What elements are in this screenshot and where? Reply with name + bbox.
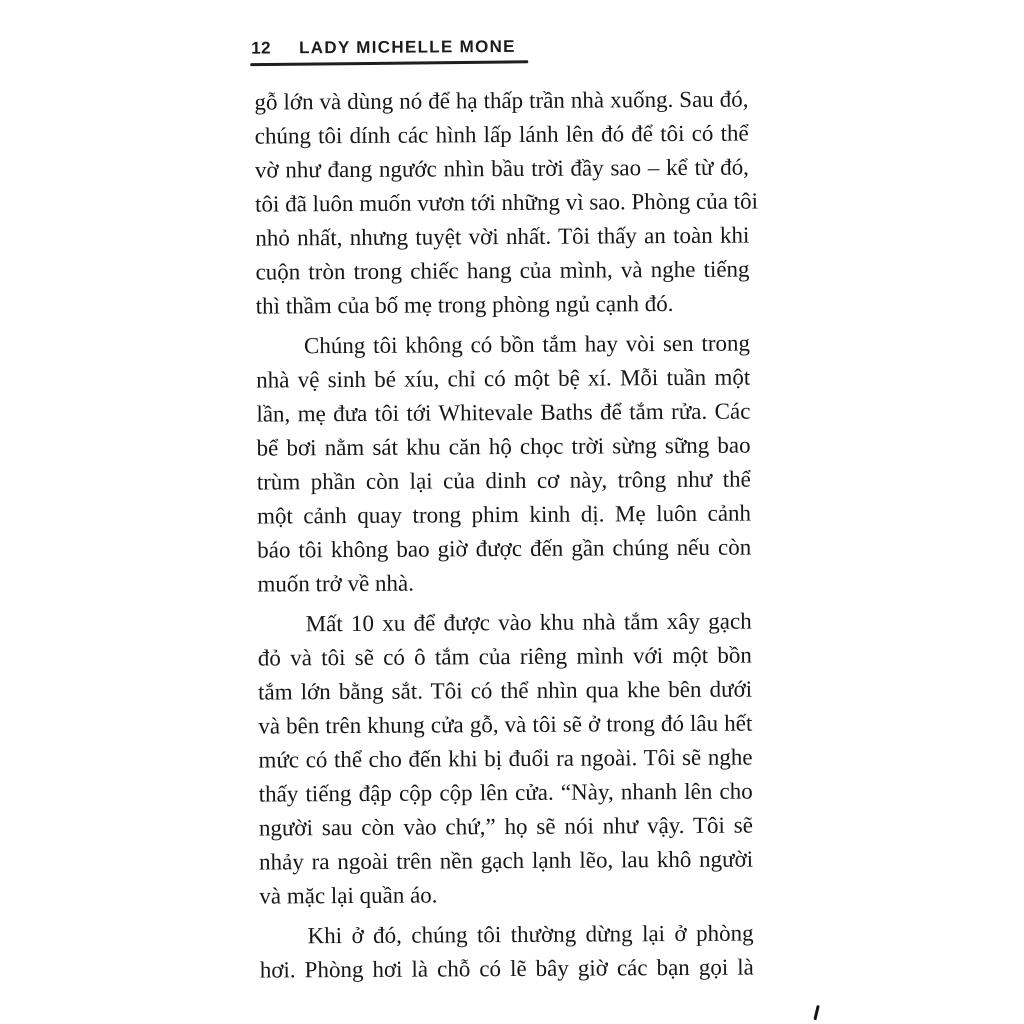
text-line: đỏ và tôi sẽ có ô tắm của riêng mình với…: [258, 639, 752, 676]
text-line: gỗ lớn và dùng nó để hạ thấp trần nhà xu…: [254, 83, 748, 120]
text-line: muốn trở về nhà.: [257, 565, 751, 602]
text-line: cuộn tròn trong chiếc hang của mình, và …: [255, 253, 749, 290]
page-header: 12 LADY MICHELLE MONE: [251, 37, 516, 59]
text-line: lần, mẹ đưa tôi tới Whitevale Baths để t…: [256, 395, 750, 432]
header-rule: [250, 60, 528, 66]
text-line: tôi đã luôn muốn vươn tới những vì sao. …: [255, 185, 749, 222]
text-line: Mất 10 xu để được vào khu nhà tắm xây gạ…: [258, 605, 752, 642]
text-line: vờ như đang ngước nhìn bầu trời đầy sao …: [255, 151, 749, 188]
paragraph: Khi ở đó, chúng tôi thường dừng lại ở ph…: [259, 917, 753, 988]
page-body: gỗ lớn và dùng nó để hạ thấp trần nhà xu…: [254, 83, 754, 988]
page-number: 12: [251, 38, 271, 58]
text-line: hơi. Phòng hơi là chỗ có lẽ bây giờ các …: [260, 951, 754, 988]
text-line: bể bơi nằm sát khu căn hộ chọc trời sừng…: [257, 429, 751, 466]
text-line: người sau còn vào chứ,” họ sẽ nói như vậ…: [259, 809, 753, 846]
text-line: chúng tôi dính các hình lấp lánh lên đó …: [255, 117, 749, 154]
text-line: mức có thể cho đến khi bị đuổi ra ngoài.…: [258, 741, 752, 778]
text-line: Khi ở đó, chúng tôi thường dừng lại ở ph…: [259, 917, 753, 954]
paragraph: Chúng tôi không có bồn tắm hay vòi sen t…: [256, 327, 752, 602]
text-line: và mặc lại quần áo.: [259, 877, 753, 914]
text-line: báo tôi không bao giờ được đến gần chúng…: [257, 531, 751, 568]
stray-ink-mark: [813, 1005, 819, 1020]
running-title: LADY MICHELLE MONE: [299, 37, 516, 58]
text-line: thì thầm của bố mẹ trong phòng ngủ cạnh …: [256, 287, 750, 324]
text-line: một cảnh quay trong phim kinh dị. Mẹ luô…: [257, 497, 751, 534]
book-page: 12 LADY MICHELLE MONE gỗ lớn và dùng nó …: [0, 0, 1024, 1024]
text-line: nhỏ nhất, nhưng tuyệt vời nhất. Tôi thấy…: [255, 219, 749, 256]
text-line: trùm phần còn lại của dinh cơ này, trông…: [257, 463, 751, 500]
paragraph: gỗ lớn và dùng nó để hạ thấp trần nhà xu…: [254, 83, 749, 324]
text-line: và bên trên khung cửa gỗ, và tôi sẽ ở tr…: [258, 707, 752, 744]
text-line: thấy tiếng đập cộp cộp lên cửa. “Này, nh…: [259, 775, 753, 812]
text-line: tắm lớn bằng sắt. Tôi có thể nhìn qua kh…: [258, 673, 752, 710]
book-page-photo: 12 LADY MICHELLE MONE gỗ lớn và dùng nó …: [0, 0, 1024, 1024]
text-line: nhảy ra ngoài trên nền gạch lạnh lẽo, la…: [259, 843, 753, 880]
paragraph: Mất 10 xu để được vào khu nhà tắm xây gạ…: [258, 605, 754, 914]
text-line: nhà vệ sinh bé xíu, chỉ có một bệ xí. Mỗ…: [256, 361, 750, 398]
text-line: Chúng tôi không có bồn tắm hay vòi sen t…: [256, 327, 750, 364]
